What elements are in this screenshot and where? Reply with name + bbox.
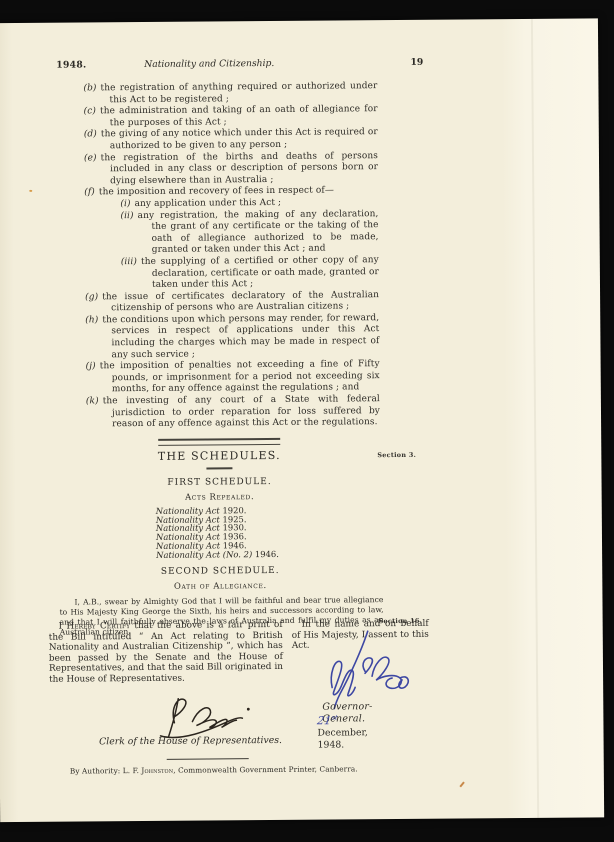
page-crease	[531, 19, 539, 818]
provision-item-c: (c)the administration and taking of an o…	[56, 104, 378, 130]
certify-lead: I	[59, 622, 67, 632]
provision-item-b: (b)the registration of anything required…	[55, 81, 377, 107]
date-printed: December, 1948.	[317, 727, 367, 750]
subitem-label: (i)	[120, 199, 130, 209]
provision-item-g: (g)the issue of certificates declaratory…	[57, 290, 379, 316]
provision-item-d: (d)the giving of any notice which under …	[56, 128, 378, 154]
provision-label: (b)	[83, 83, 96, 93]
provision-item-e: (e)the registration of the births and de…	[56, 151, 378, 188]
provision-item-j: (j)the imposition of penalties not excee…	[58, 359, 380, 396]
provisions-list: (b)the registration of anything required…	[55, 81, 380, 431]
handwritten-day: 21st	[316, 712, 338, 726]
provision-subitem-f-iii: (iii)the supplying of a certified or oth…	[57, 255, 379, 292]
section-divider-rule	[158, 438, 280, 446]
scan-background: 1948. Nationality and Citizenship. 19 (b…	[0, 0, 614, 842]
subitem-label: (ii)	[120, 211, 133, 221]
provision-label: (k)	[86, 396, 99, 406]
imprint-printer-name: L. F. Johnston	[123, 766, 174, 775]
subitem-text: any application under this Act ;	[135, 198, 282, 209]
provision-label: (h)	[85, 315, 98, 325]
subitem-text: the supplying of a certified or other co…	[141, 255, 379, 290]
oath-heading: Oath of Allegiance.	[59, 579, 381, 593]
provision-label: (d)	[84, 130, 97, 140]
act-title: Nationality Act (No. 2)	[156, 549, 252, 560]
certify-smallcaps: Hereby Certify	[66, 621, 130, 631]
subitem-label: (iii)	[121, 257, 137, 267]
provision-text: the issue of certificates declaratory of…	[102, 290, 379, 314]
page-content: 1948. Nationality and Citizenship. 19 (b…	[55, 57, 383, 822]
acts-repealed-heading: Acts Repealed.	[59, 490, 381, 504]
subitem-text: any registration, the making of any decl…	[138, 209, 379, 256]
provision-text: the imposition of penalties not exceedin…	[100, 359, 380, 394]
document-page: 1948. Nationality and Citizenship. 19 (b…	[0, 18, 604, 822]
imprint-lead: By Authority:	[70, 766, 123, 775]
margin-note-section-3: Section 3.	[377, 452, 439, 459]
schedules-heading: THE SCHEDULES.	[58, 449, 380, 463]
provision-item-h: (h)the conditions upon which persons may…	[57, 313, 379, 362]
schedules-section: THE SCHEDULES. Section 3. FIRST SCHEDULE…	[58, 437, 382, 637]
provision-subitem-f-ii: (ii)any registration, the making of any …	[56, 209, 378, 258]
provision-label: (e)	[84, 153, 97, 163]
second-schedule-heading: SECOND SCHEDULE.	[59, 565, 381, 579]
header-page-number: 19	[410, 57, 423, 69]
imprint-divider-rule	[167, 758, 249, 760]
day-number: 21	[316, 714, 332, 727]
clerk-certification-paragraph: I Hereby Certify that the above is a fai…	[49, 620, 283, 685]
repealed-act: Nationality Act (No. 2) 1946.	[156, 549, 381, 560]
act-year: 1946.	[255, 549, 279, 559]
clerk-signature-ink	[152, 692, 277, 741]
provision-text: the investing of any court of a State wi…	[103, 394, 380, 429]
assent-date-line: 21st December, 1948.	[317, 712, 382, 751]
day-suffix: st	[331, 713, 338, 721]
provision-item-k: (k)the investing of any court of a State…	[58, 394, 380, 431]
provision-label: (c)	[84, 107, 96, 117]
printer-imprint-line: By Authority: L. F. Johnston, Commonweal…	[49, 763, 379, 777]
page-header: 1948. Nationality and Citizenship. 19	[55, 57, 377, 72]
provision-text: the registration of the births and death…	[101, 151, 379, 186]
provision-label: (j)	[86, 362, 96, 372]
repealed-acts-list: Nationality Act 1920. Nationality Act 19…	[156, 505, 381, 560]
first-schedule-heading: FIRST SCHEDULE.	[58, 476, 380, 490]
provision-text: the registration of anything required or…	[100, 81, 377, 105]
provision-text: the conditions upon which persons may re…	[102, 313, 379, 360]
header-running-title: Nationality and Citizenship.	[55, 57, 363, 71]
provision-text: the imposition and recovery of fees in r…	[99, 186, 334, 198]
provision-text: the giving of any notice which under thi…	[101, 128, 378, 152]
provision-label: (f)	[84, 188, 95, 198]
paper-speck	[459, 781, 464, 787]
paper-speck	[29, 190, 32, 192]
short-divider-rule	[206, 467, 232, 469]
imprint-rest: , Commonwealth Government Printer, Canbe…	[173, 764, 358, 774]
provision-label: (g)	[85, 292, 98, 302]
clerk-title-line: Clerk of the House of Representatives.	[61, 735, 321, 749]
provision-text: the administration and taking of an oath…	[100, 104, 378, 128]
